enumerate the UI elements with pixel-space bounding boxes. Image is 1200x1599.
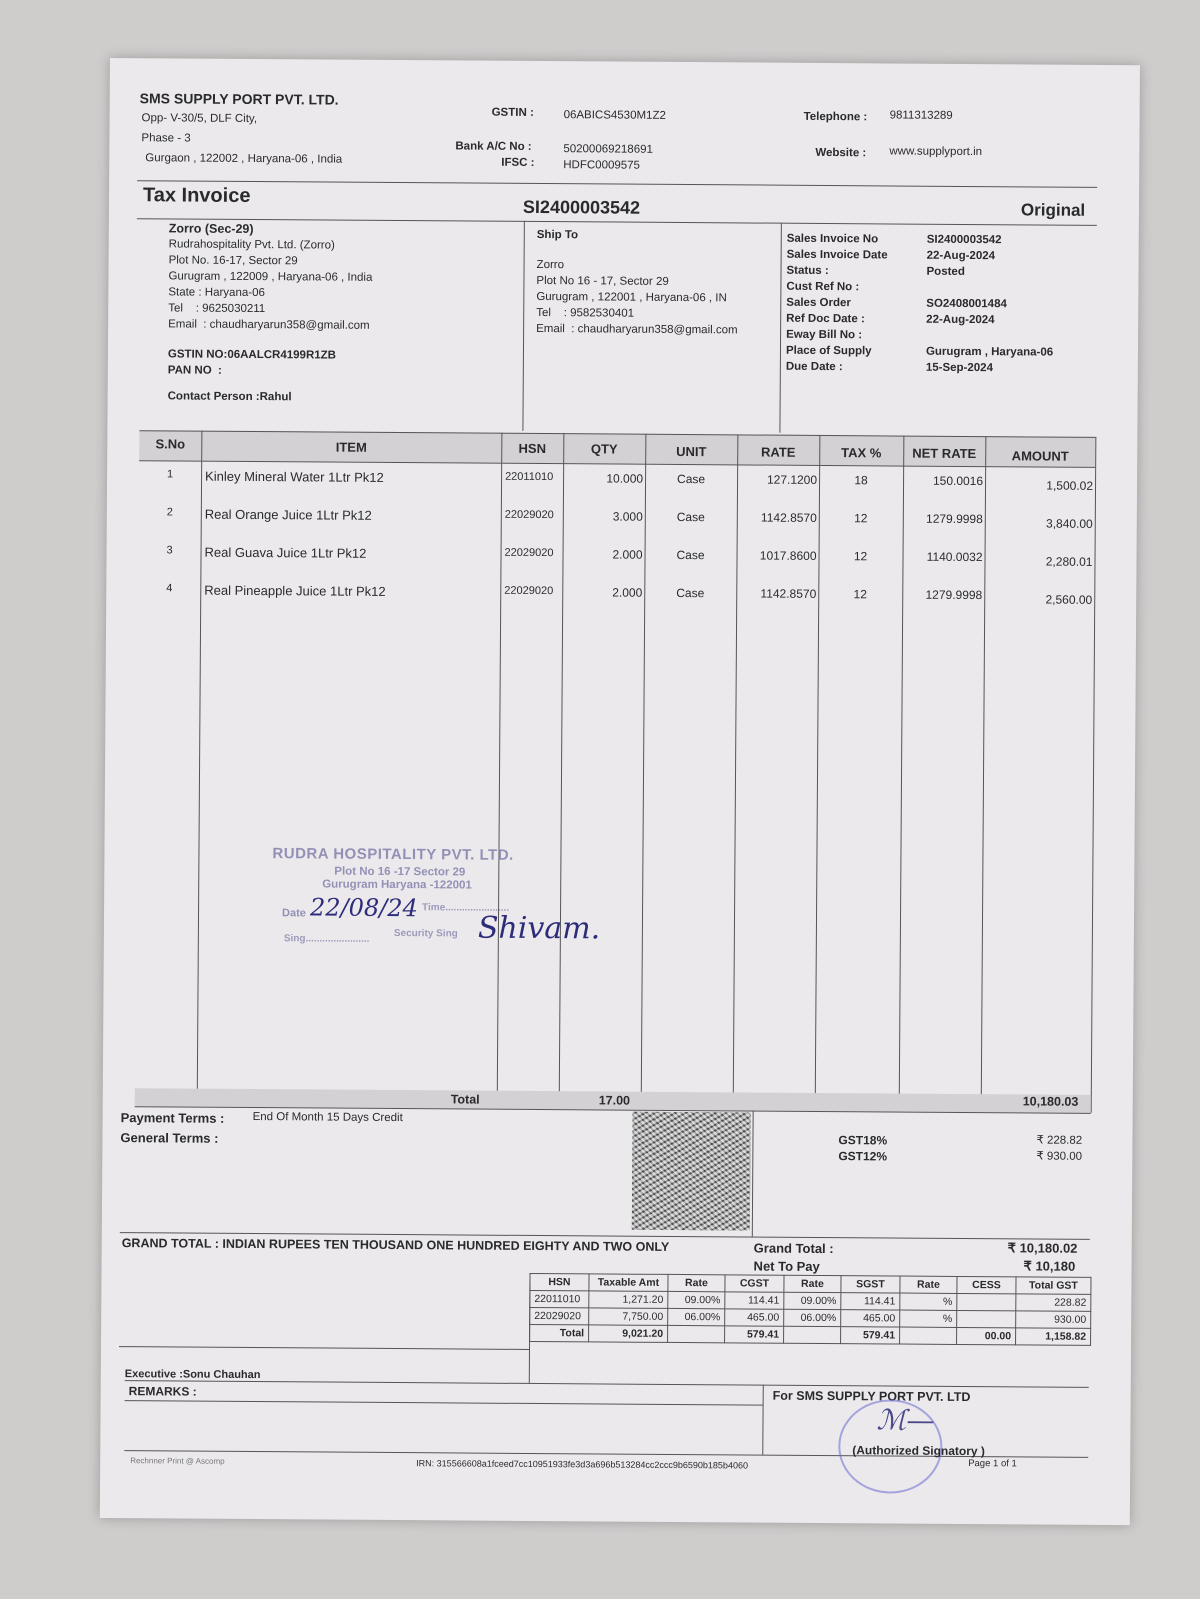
- th-rate: RATE: [737, 444, 819, 460]
- bill-to-line: Email : chaudharyarun358@gmail.com: [168, 316, 528, 335]
- invoice-meta-value: 15-Sep-2024: [926, 360, 993, 376]
- cell-amount: 3,840.00: [985, 516, 1093, 531]
- hsn-tax-table: HSNTaxable AmtRateCGSTRateSGSTRateCESSTo…: [529, 1273, 1091, 1346]
- table-column-divider: [1091, 437, 1097, 1113]
- gstin-value: 06ABICS4530M1Z2: [564, 109, 666, 122]
- telephone-value: 9811313289: [890, 109, 953, 121]
- table-column-divider: [497, 433, 503, 1109]
- hsn-th: CGST: [725, 1275, 784, 1292]
- hsn-cell: [957, 1293, 1016, 1310]
- ifsc-label: IFSC :: [501, 157, 534, 169]
- cell-qty: 2.000: [562, 547, 642, 562]
- bill-to-contact: Contact Person :Rahul: [168, 388, 528, 407]
- cell-rate: 1142.8570: [737, 510, 817, 525]
- ship-to-line: Zorro: [537, 257, 787, 275]
- cell-tax: 12: [819, 511, 903, 526]
- cell-hsn: 22029020: [504, 585, 560, 597]
- table-column-divider: [733, 434, 739, 1110]
- receipt-stamp-line2: Gurugram Haryana -122001: [322, 879, 472, 892]
- cell-net-rate: 1140.0032: [902, 550, 982, 565]
- cell-qty: 10.000: [563, 471, 643, 486]
- hsn-cell: 465.00: [725, 1309, 784, 1326]
- hsn-th: Total GST: [1016, 1277, 1091, 1295]
- hsn-cell: 7,750.00: [589, 1308, 668, 1326]
- table-column-divider: [559, 433, 565, 1109]
- cell-amount: 2,280.01: [984, 554, 1092, 569]
- table-row: 3Real Guava Juice 1Ltr Pk12220290202.000…: [110, 58, 1140, 65]
- cell-unit: Case: [645, 510, 737, 525]
- bill-to-pan: PAN NO :: [168, 362, 528, 381]
- cell-tax: 18: [819, 473, 903, 488]
- website-value: www.supplyport.in: [889, 145, 982, 158]
- bank-value: 50200069218691: [563, 143, 653, 156]
- invoice-meta-label: Place of Supply: [786, 343, 926, 360]
- executive: Executive :Sonu Chauhan: [125, 1368, 261, 1381]
- authorized-signature-mark: ℳ—: [876, 1403, 934, 1436]
- hsn-th: SGST: [841, 1276, 900, 1293]
- cell-unit: Case: [644, 548, 736, 563]
- ship-to-heading: Ship To: [537, 227, 787, 245]
- th-unit: UNIT: [645, 444, 737, 460]
- ship-to-line: Email : chaudharyarun358@gmail.com: [536, 321, 786, 339]
- payment-terms-label: Payment Terms :: [121, 1110, 225, 1126]
- hsn-cell: %: [900, 1293, 957, 1310]
- total-qty: 17.00: [599, 1093, 630, 1107]
- cell-rate: 127.1200: [737, 472, 817, 487]
- hsn-cell: [957, 1310, 1016, 1327]
- invoice-meta-label: Sales Invoice Date: [787, 247, 927, 264]
- cell-sno: 2: [139, 506, 201, 518]
- cell-amount: 2,560.00: [984, 592, 1092, 607]
- ship-to-line: Tel : 9582530401: [536, 305, 786, 323]
- invoice-meta-label: Sales Order: [786, 295, 926, 312]
- hsn-th: Rate: [668, 1274, 725, 1291]
- table-column-divider: [641, 434, 647, 1110]
- invoice-meta-label: Ref Doc Date :: [786, 311, 926, 328]
- seller-name: SMS SUPPLY PORT PVT. LTD.: [140, 90, 339, 107]
- hsn-total-cell: [668, 1325, 725, 1342]
- hsn-cell: 228.82: [1016, 1294, 1091, 1312]
- receipt-stamp-date-label: Date: [282, 907, 306, 919]
- hsn-cell: 114.41: [725, 1292, 784, 1309]
- th-item: ITEM: [201, 439, 501, 456]
- table-row: 4Real Pineapple Juice 1Ltr Pk12220290202…: [110, 58, 1140, 65]
- receipt-date-handwritten: 22/08/24: [310, 893, 418, 922]
- grand-total-words: GRAND TOTAL : INDIAN RUPEES TEN THOUSAND…: [122, 1236, 732, 1254]
- hsn-total-cell: [900, 1327, 957, 1344]
- net-pay-label: Net To Pay: [754, 1259, 820, 1274]
- hsn-total-cell: 1,158.82: [1016, 1328, 1091, 1346]
- divider: [119, 1346, 529, 1350]
- divider: [752, 1111, 754, 1237]
- invoice-meta-value: Posted: [926, 264, 964, 280]
- hsn-total-cell: [784, 1326, 841, 1343]
- th-qty: QTY: [563, 441, 645, 457]
- gst18-value: ₹ 228.82: [1036, 1132, 1082, 1146]
- th-hsn: HSN: [501, 441, 563, 456]
- general-terms-label: General Terms :: [120, 1130, 218, 1146]
- cell-amount: 1,500.02: [985, 478, 1093, 493]
- cell-hsn: 22011010: [505, 471, 561, 483]
- invoice-meta-value: SI2400003542: [927, 232, 1002, 249]
- ship-to-line: Gurugram , 122001 , Haryana-06 , IN: [536, 289, 786, 307]
- hsn-cell: 114.41: [841, 1293, 900, 1310]
- cell-item: Real Pineapple Juice 1Ltr Pk12: [204, 583, 500, 600]
- remarks-label: REMARKS :: [129, 1384, 197, 1398]
- receipt-stamp-company: RUDRA HOSPITALITY PVT. LTD.: [272, 845, 513, 864]
- table-column-divider: [899, 436, 905, 1112]
- hsn-cell: 465.00: [841, 1310, 900, 1327]
- bill-to-block: Zorro (Sec-29) Rudrahospitality Pvt. Ltd…: [168, 220, 529, 407]
- hsn-cell: 09.00%: [784, 1292, 841, 1309]
- cell-item: Real Guava Juice 1Ltr Pk12: [205, 545, 501, 562]
- hsn-cell: %: [900, 1310, 957, 1327]
- invoice-number-title: SI2400003542: [523, 197, 640, 219]
- cell-tax: 12: [818, 549, 902, 564]
- table-column-divider: [815, 435, 821, 1111]
- cell-net-rate: 1279.9998: [902, 588, 982, 603]
- copy-label: Original: [1021, 200, 1085, 220]
- gstin-label: GSTIN :: [492, 107, 534, 119]
- divider: [125, 1380, 1089, 1388]
- qr-code: [632, 1112, 751, 1231]
- table-row: 2Real Orange Juice 1Ltr Pk12220290203.00…: [110, 58, 1140, 65]
- cell-item: Real Orange Juice 1Ltr Pk12: [205, 507, 501, 524]
- invoice-meta-value: SO2408001484: [926, 296, 1007, 313]
- cell-unit: Case: [645, 472, 737, 487]
- hsn-th: HSN: [530, 1273, 589, 1290]
- th-sno: S.No: [139, 436, 201, 451]
- ifsc-value: HDFC0009575: [563, 159, 640, 172]
- receipt-stamp-line1: Plot No 16 -17 Sector 29: [334, 866, 465, 879]
- cell-hsn: 22029020: [505, 509, 561, 521]
- hsn-cell: 1,271.20: [589, 1291, 668, 1309]
- hsn-total-cell: Total: [530, 1324, 589, 1341]
- divider: [137, 180, 1097, 188]
- table-row: 1Kinley Mineral Water 1Ltr Pk12220110101…: [110, 58, 1140, 65]
- doc-type: Tax Invoice: [143, 184, 251, 208]
- invoice-meta-row: Due Date :15-Sep-2024: [786, 359, 1096, 377]
- cell-tax: 12: [818, 587, 902, 602]
- th-tax: TAX %: [819, 445, 903, 461]
- receipt-stamp-sign: Sing.......................: [284, 933, 370, 945]
- hsn-table-total-row: Total9,021.20579.41579.4100.001,158.82: [530, 1324, 1091, 1345]
- cell-qty: 3.000: [563, 509, 643, 524]
- cell-net-rate: 1279.9998: [903, 512, 983, 527]
- cell-sno: 1: [139, 468, 201, 480]
- hsn-th: Rate: [784, 1275, 841, 1292]
- bank-label: Bank A/C No :: [455, 140, 531, 153]
- hsn-cell: 930.00: [1016, 1311, 1091, 1329]
- invoice-meta-label: Sales Invoice No: [787, 231, 927, 248]
- seller-address-line-3: Gurgaon , 122002 , Haryana-06 , India: [145, 152, 342, 165]
- invoice-meta-label: Eway Bill No :: [786, 327, 926, 344]
- hsn-cell: 22011010: [530, 1290, 589, 1307]
- gst12-label: GST12%: [838, 1149, 887, 1163]
- hsn-total-cell: 00.00: [957, 1327, 1016, 1344]
- cell-item: Kinley Mineral Water 1Ltr Pk12: [205, 469, 501, 486]
- invoice-meta-value: Gurugram , Haryana-06: [926, 344, 1053, 361]
- print-credit: Rechnner Print @ Ascomp: [130, 1456, 224, 1466]
- invoice-meta: Sales Invoice NoSI2400003542Sales Invoic…: [786, 231, 1097, 377]
- payment-terms-value: End Of Month 15 Days Credit: [253, 1111, 403, 1124]
- receipt-signature: Shivam.: [478, 911, 601, 947]
- seller-address-line-2: Phase - 3: [141, 132, 190, 144]
- authorized-signatory: (Authorized Signatory ): [852, 1443, 985, 1458]
- gst18-label: GST18%: [838, 1133, 887, 1147]
- hsn-th: Rate: [900, 1276, 957, 1293]
- cell-net-rate: 150.0016: [903, 474, 983, 489]
- hsn-total-cell: 579.41: [725, 1326, 784, 1343]
- invoice-meta-value: 22-Aug-2024: [926, 312, 995, 328]
- table-column-divider: [981, 436, 987, 1112]
- invoice-meta-label: Due Date :: [786, 359, 926, 376]
- telephone-label: Telephone :: [804, 111, 868, 123]
- total-amount: 10,180.03: [1023, 1094, 1079, 1108]
- ship-to-line: Plot No 16 - 17, Sector 29: [536, 273, 786, 291]
- page-number: Page 1 of 1: [968, 1458, 1017, 1469]
- invoice-meta-label: Cust Ref No :: [786, 279, 926, 296]
- hsn-total-cell: 9,021.20: [589, 1325, 668, 1343]
- hsn-cell: 09.00%: [668, 1291, 725, 1308]
- seller-address-line-1: Opp- V-30/5, DLF City,: [142, 112, 258, 125]
- table-column-divider: [197, 431, 203, 1107]
- invoice-paper: SMS SUPPLY PORT PVT. LTD. Opp- V-30/5, D…: [100, 58, 1140, 1525]
- hsn-cell: 22029020: [530, 1307, 589, 1324]
- divider: [125, 1400, 763, 1405]
- cell-sno: 4: [138, 582, 200, 594]
- hsn-th: Taxable Amt: [589, 1274, 668, 1292]
- hsn-th: CESS: [957, 1276, 1016, 1293]
- receipt-stamp-security: Security Sing: [394, 928, 458, 939]
- hsn-cell: 06.00%: [668, 1308, 725, 1325]
- invoice-meta-label: Status :: [786, 263, 926, 280]
- net-pay-value: ₹ 10,180: [1024, 1258, 1076, 1274]
- cell-sno: 3: [139, 544, 201, 556]
- cell-rate: 1142.8570: [736, 586, 816, 601]
- invoice-meta-value: 22-Aug-2024: [927, 248, 996, 264]
- divider: [762, 1385, 763, 1455]
- cell-hsn: 22029020: [505, 547, 561, 559]
- cell-rate: 1017.8600: [736, 548, 816, 563]
- hsn-total-cell: 579.41: [841, 1327, 900, 1344]
- total-label: Total: [451, 1092, 480, 1106]
- hsn-cell: 06.00%: [784, 1309, 841, 1326]
- website-label: Website :: [815, 147, 866, 159]
- th-amount: AMOUNT: [985, 448, 1095, 464]
- ship-to-block: Ship To Zorro Plot No 16 - 17, Sector 29…: [536, 227, 787, 339]
- grand-total-value: ₹ 10,180.02: [1008, 1240, 1078, 1256]
- th-net-rate: NET RATE: [903, 446, 985, 462]
- gst12-value: ₹ 930.00: [1036, 1148, 1082, 1162]
- cell-unit: Case: [644, 586, 736, 601]
- irn: IRN: 315566608a1fceed7cc10951933fe3d3a69…: [416, 1458, 748, 1470]
- grand-total-label: Grand Total :: [754, 1241, 834, 1257]
- cell-qty: 2.000: [562, 585, 642, 600]
